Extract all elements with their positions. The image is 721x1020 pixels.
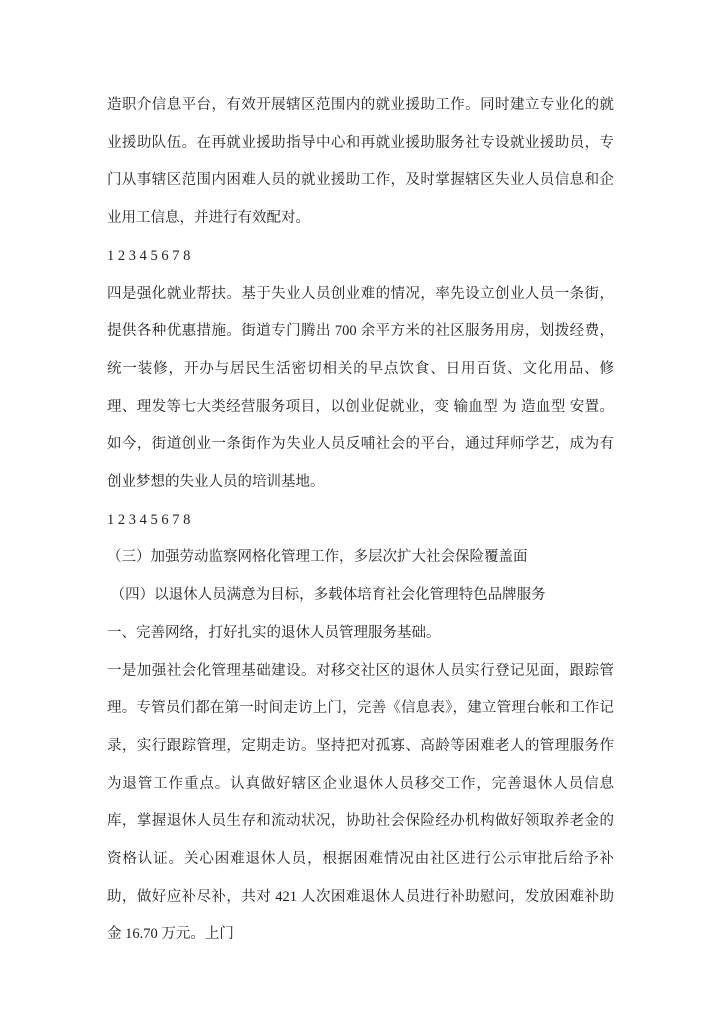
paragraph-retiree-management: 一是加强社会化管理基础建设。对移交社区的退休人员实行登记见面，跟踪管理。专管员们… <box>107 653 614 955</box>
paragraph-employment-support: 四是强化就业帮扶。基于失业人员创业难的情况，率先设立创业人员一条街，提供各种优惠… <box>107 276 614 502</box>
digits-separator-row-1: 1 2 3 4 5 6 7 8 <box>107 238 614 276</box>
digits-separator-row-2: 1 2 3 4 5 6 7 8 <box>107 502 614 540</box>
heading-section-three: （三）加强劳动监察网格化管理工作，多层次扩大社会保险覆盖面 <box>107 539 614 577</box>
document-page: 造职介信息平台，有效开展辖区范围内的就业援助工作。同时建立专业化的就业援助队伍。… <box>0 0 721 1020</box>
document-body: 造职介信息平台，有效开展辖区范围内的就业援助工作。同时建立专业化的就业援助队伍。… <box>107 87 614 954</box>
paragraph-employment-assistance: 造职介信息平台，有效开展辖区范围内的就业援助工作。同时建立专业化的就业援助队伍。… <box>107 87 614 238</box>
heading-section-four: （四）以退休人员满意为目标，多载体培育社会化管理特色品牌服务 <box>107 577 614 615</box>
heading-subsection-one: 一、完善网络，打好扎实的退休人员管理服务基础。 <box>107 615 614 653</box>
